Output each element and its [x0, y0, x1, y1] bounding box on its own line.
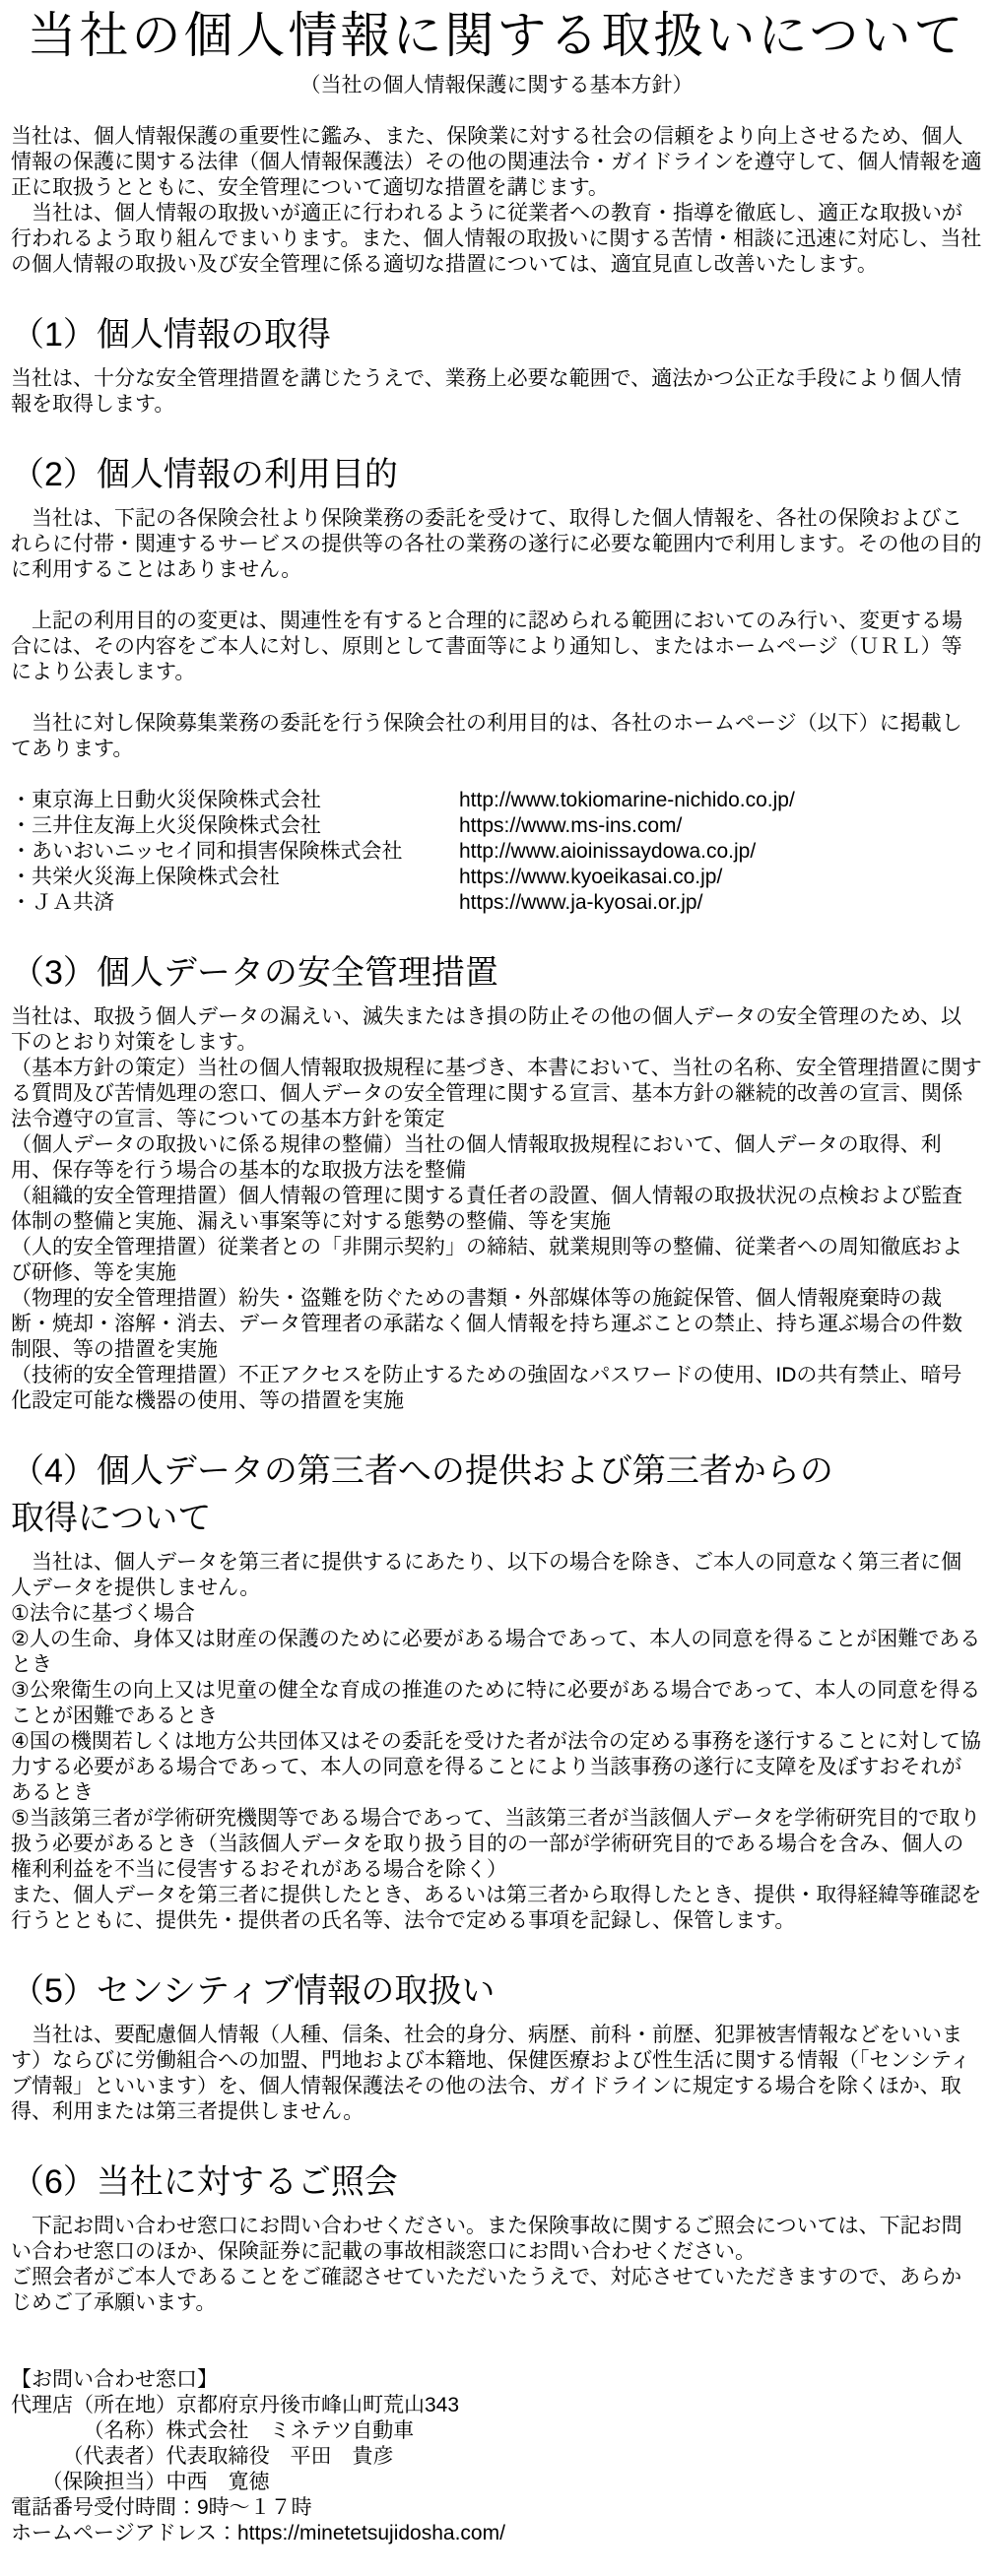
section-heading: （1）個人情報の取得 — [11, 311, 982, 358]
paragraph: ③公衆衛生の向上又は児童の健全な育成の推進のために特に必要がある場合であって、本… — [11, 1678, 982, 1729]
company-name: ・三井住友海上火災保険株式会社 — [11, 813, 459, 839]
company-row: ・東京海上日動火災保険株式会社http://www.tokiomarine-ni… — [11, 788, 982, 813]
section-3: （3）個人データの安全管理措置当社は、取扱う個人データの漏えい、滅失またはき損の… — [11, 949, 982, 1414]
company-name: ・共栄火災海上保険株式会社 — [11, 865, 459, 890]
company-row: ・あいおいニッセイ同和損害保険株式会社http://www.aioinissay… — [11, 839, 982, 865]
sections-container: （1）個人情報の取得当社は、十分な安全管理措置を講じたうえで、業務上必要な範囲で… — [11, 311, 982, 2316]
paragraph: 当社は、要配慮個人情報（人種、信条、社会的身分、病歴、前科・前歴、犯罪被害情報な… — [11, 2023, 982, 2125]
section-heading: （3）個人データの安全管理措置 — [11, 949, 982, 997]
contact-line: 電話番号受付時間：9時～１７時 — [11, 2495, 982, 2521]
paragraph: （組織的安全管理措置）個人情報の管理に関する責任者の設置、個人情報の取扱状況の点… — [11, 1184, 982, 1235]
company-row: ・三井住友海上火災保険株式会社https://www.ms-ins.com/ — [11, 813, 982, 839]
contact-line: 代理店（所在地）京都府京丹後市峰山町荒山343 — [11, 2393, 982, 2418]
section-1: （1）個人情報の取得当社は、十分な安全管理措置を講じたうえで、業務上必要な範囲で… — [11, 311, 982, 418]
paragraph: （技術的安全管理措置）不正アクセスを防止するための強固なパスワードの使用、IDの… — [11, 1363, 982, 1414]
paragraph: 当社は、個人データを第三者に提供するにあたり、以下の場合を除き、ご本人の同意なく… — [11, 1550, 982, 1601]
insurance-company-list: ・東京海上日動火災保険株式会社http://www.tokiomarine-ni… — [11, 788, 982, 916]
company-url: https://www.ms-ins.com/ — [459, 813, 682, 839]
paragraph: ⑤当該第三者が学術研究機関等である場合であって、当該第三者が当該個人データを学術… — [11, 1806, 982, 1883]
document-page: 当社の個人情報に関する取扱いについて （当社の個人情報保護に関する基本方針） 当… — [0, 0, 993, 2576]
company-url: https://www.kyoeikasai.co.jp/ — [459, 865, 722, 890]
intro-paragraph: 当社は、個人情報保護の重要性に鑑み、また、保険業に対する社会の信頼をより向上させ… — [11, 124, 982, 201]
company-url: http://www.tokiomarine-nichido.co.jp/ — [459, 788, 795, 813]
page-subtitle: （当社の個人情報保護に関する基本方針） — [11, 69, 982, 98]
company-name: ・ＪＡ共済 — [11, 890, 459, 916]
section-heading: （4）個人データの第三者への提供および第三者からの 取得について — [11, 1448, 982, 1542]
company-row: ・ＪＡ共済https://www.ja-kyosai.or.jp/ — [11, 890, 982, 916]
section-2: （2）個人情報の利用目的 当社は、下記の各保険会社より保険業務の委託を受けて、取… — [11, 451, 982, 916]
contact-line: （名称）株式会社 ミネテツ自動車 — [11, 2418, 982, 2444]
company-row: ・共栄火災海上保険株式会社https://www.kyoeikasai.co.j… — [11, 865, 982, 890]
paragraph: 当社は、下記の各保険会社より保険業務の委託を受けて、取得した個人情報を、各社の保… — [11, 506, 982, 583]
contact-block: 【お問い合わせ窓口】代理店（所在地）京都府京丹後市峰山町荒山343 （名称）株式… — [11, 2367, 982, 2546]
paragraph: 当社は、取扱う個人データの漏えい、滅失またはき損の防止その他の個人データの安全管… — [11, 1004, 982, 1056]
paragraph: （物理的安全管理措置）紛失・盗難を防ぐための書類・外部媒体等の施錠保管、個人情報… — [11, 1286, 982, 1363]
blank-line — [11, 583, 982, 609]
paragraph: ①法令に基づく場合 — [11, 1601, 982, 1627]
paragraph: 下記お問い合わせ窓口にお問い合わせください。また保険事故に関するご照会については… — [11, 2214, 982, 2316]
page-title: 当社の個人情報に関する取扱いについて — [11, 8, 982, 65]
paragraph: （人的安全管理措置）従業者との「非開示契約」の締結、就業規則等の整備、従業者への… — [11, 1235, 982, 1286]
paragraph: また、個人データを第三者に提供したとき、あるいは第三者から取得したとき、提供・取… — [11, 1883, 982, 1934]
contact-line: 【お問い合わせ窓口】 — [11, 2367, 982, 2393]
company-url: https://www.ja-kyosai.or.jp/ — [459, 890, 702, 916]
company-name: ・東京海上日動火災保険株式会社 — [11, 788, 459, 813]
company-url: http://www.aioinissaydowa.co.jp/ — [459, 839, 756, 865]
section-heading: （6）当社に対するご照会 — [11, 2158, 982, 2206]
paragraph: ②人の生命、身体又は財産の保護のために必要がある場合であって、本人の同意を得るこ… — [11, 1627, 982, 1678]
blank-line — [11, 762, 982, 788]
section-5: （5）センシティブ情報の取扱い 当社は、要配慮個人情報（人種、信条、社会的身分、… — [11, 1967, 982, 2125]
intro-paragraph: 当社は、個人情報の取扱いが適正に行われるように従業者への教育・指導を徹底し、適正… — [11, 201, 982, 278]
contact-line: ホームページアドレス：https://minetetsujidosha.com/ — [11, 2521, 982, 2546]
contact-line: （保険担当）中西 寛徳 — [11, 2470, 982, 2495]
paragraph: ④国の機関若しくは地方公共団体又はその委託を受けた者が法令の定める事務を遂行する… — [11, 1729, 982, 1806]
intro-paragraphs: 当社は、個人情報保護の重要性に鑑み、また、保険業に対する社会の信頼をより向上させ… — [11, 124, 982, 278]
paragraph: 当社に対し保険募集業務の委託を行う保険会社の利用目的は、各社のホームページ（以下… — [11, 711, 982, 762]
paragraph: 上記の利用目的の変更は、関連性を有すると合理的に認められる範囲においてのみ行い、… — [11, 609, 982, 685]
section-heading: （5）センシティブ情報の取扱い — [11, 1967, 982, 2015]
contact-line: （代表者）代表取締役 平田 貴彦 — [11, 2444, 982, 2470]
company-name: ・あいおいニッセイ同和損害保険株式会社 — [11, 839, 459, 865]
paragraph: 当社は、十分な安全管理措置を講じたうえで、業務上必要な範囲で、適法かつ公正な手段… — [11, 366, 982, 418]
paragraph: （個人データの取扱いに係る規律の整備）当社の個人情報取扱規程において、個人データ… — [11, 1132, 982, 1184]
section-6: （6）当社に対するご照会 下記お問い合わせ窓口にお問い合わせください。また保険事… — [11, 2158, 982, 2316]
blank-line — [11, 685, 982, 711]
section-4: （4）個人データの第三者への提供および第三者からの 取得について 当社は、個人デ… — [11, 1448, 982, 1934]
section-heading: （2）個人情報の利用目的 — [11, 451, 982, 498]
paragraph: （基本方針の策定）当社の個人情報取扱規程に基づき、本書において、当社の名称、安全… — [11, 1056, 982, 1132]
